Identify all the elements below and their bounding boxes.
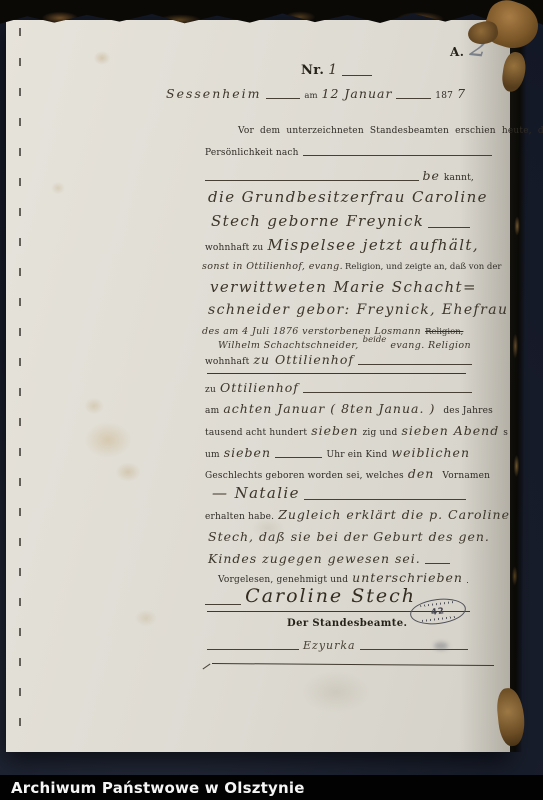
- officer-title-line: Der Standesbeamte.: [287, 618, 407, 629]
- printed-text: des Jahres: [443, 406, 493, 416]
- handwriting-child-name: — Natalie: [212, 484, 300, 502]
- form-line-intro-3: be kannt,: [205, 168, 474, 183]
- printed-text: Geschlechts geboren worden sei, welches: [205, 471, 404, 481]
- form-line-child-name: — Natalie: [212, 484, 466, 502]
- form-line-declarant-6: schneider gebor: Freynick, Ehefrau: [208, 302, 508, 318]
- registry-page: A. 2 Nr. 1 Sessenheim am 12 Januar 187 7…: [6, 20, 510, 752]
- blank-rule: [396, 97, 431, 99]
- handwriting: weiblichen: [391, 445, 470, 460]
- handwriting: achten Januar ( 8ten Janua. ): [223, 401, 435, 416]
- handwriting: evang. Religion: [390, 340, 471, 351]
- handwriting: schneider gebor: Freynick, Ehefrau: [208, 302, 508, 318]
- form-line-declarant-1: die Grundbesitzerfrau Caroline: [208, 188, 488, 206]
- blank-rule: [467, 581, 468, 583]
- handwriting: sieben: [224, 445, 271, 460]
- series-label: A.: [450, 45, 464, 59]
- form-line-declarant-5: verwittweten Marie Schacht=: [210, 278, 477, 296]
- nr-label: Nr.: [301, 63, 324, 78]
- handwriting: Stech, daß sie bei der Geburt des gen.: [208, 529, 490, 544]
- handwriting: Kindes zugegen gewesen sei.: [208, 551, 421, 566]
- officer-title: Der Standesbeamte.: [287, 618, 407, 629]
- printed-text-struck: Religion,: [425, 327, 463, 337]
- blank-rule: [342, 74, 372, 76]
- archive-watermark-text: Archiwum Państwowe w Olsztynie: [11, 779, 305, 797]
- form-line-declarant-7: des am 4 Juli 1876 verstorbenen Losmann …: [202, 326, 474, 337]
- blank-rule: [425, 562, 450, 564]
- handwriting: sieben: [311, 423, 358, 438]
- blank-rule: [205, 179, 419, 181]
- form-line-birth-3: tausend acht hundert sieben zig und sieb…: [205, 423, 470, 438]
- blank-rule: [303, 391, 472, 393]
- year-printed: 187: [435, 91, 453, 101]
- handwriting: Mispelsee jetzt aufhält,: [267, 236, 479, 254]
- printed-text: am: [205, 406, 219, 416]
- printed-text: kannt,: [444, 173, 474, 183]
- blank-rule: [360, 648, 468, 650]
- printed-text: Persönlichkeit nach: [205, 148, 299, 158]
- form-line-birth-5: Geschlechts geboren worden sei, welches …: [205, 466, 470, 481]
- handwriting: Wilhelm Schachtschneider,: [218, 340, 359, 351]
- form-line-declarant-8: Wilhelm Schachtschneider, beide evang. R…: [218, 340, 470, 351]
- printed-text: zu: [205, 385, 216, 395]
- dateline: Sessenheim am 12 Januar 187 7: [166, 86, 466, 101]
- printed-text: tausend acht hundert: [205, 428, 307, 438]
- form-line-intro-2: Persönlichkeit nach: [205, 148, 492, 158]
- printed-text: Vornamen: [442, 471, 490, 481]
- handwriting: unterschrieben: [352, 570, 463, 585]
- officer-signature: Ezyurka: [303, 639, 356, 652]
- printed-text: wohnhaft zu: [205, 243, 263, 253]
- form-line-closing-4: Vorgelesen, genehmigt und unterschrieben: [218, 570, 468, 585]
- printed-text: erhalten habe.: [205, 512, 274, 522]
- record-number-line: Nr. 1: [301, 62, 386, 78]
- handwriting: des am 4 Juli 1876 verstorbenen Losmann: [202, 326, 421, 337]
- registry-date: 12 Januar: [322, 86, 393, 101]
- blank-rule: [207, 648, 299, 650]
- handwriting: verwittweten Marie Schacht=: [210, 278, 477, 296]
- form-line-birth-4: um sieben Uhr ein Kind weiblichen: [205, 445, 470, 460]
- handwriting: die Grundbesitzerfrau Caroline: [208, 188, 488, 206]
- blank-rule: [303, 154, 492, 156]
- archive-watermark-bar: Archiwum Państwowe w Olsztynie: [0, 775, 543, 800]
- form-line-closing-3: Kindes zugegen gewesen sei.: [208, 551, 450, 566]
- handwriting: Ottilienhof: [220, 380, 299, 395]
- printed-text: um: [205, 450, 220, 460]
- nr-value: 1: [328, 62, 338, 78]
- form-line-birth-1: zu Ottilienhof: [205, 380, 472, 395]
- section-divider-rule: [207, 372, 466, 374]
- archival-scan-viewport: A. 2 Nr. 1 Sessenheim am 12 Januar 187 7…: [0, 0, 543, 800]
- printed-text: Vor dem unterzeichneten Standesbeamten e…: [238, 126, 543, 136]
- form-line-intro-1: Vor dem unterzeichneten Standesbeamten e…: [238, 126, 484, 136]
- handwriting: sonst in Ottilienhof, evang.: [202, 261, 343, 272]
- declarant-signature: Caroline Stech: [245, 585, 416, 607]
- blank-rule: [205, 603, 241, 605]
- form-line-declarant-9: wohnhaft zu Ottilienhof: [205, 352, 472, 367]
- year-digit: 7: [457, 86, 466, 101]
- pencil-smudge: [434, 642, 448, 650]
- handwriting: Stech geborne Freynick: [211, 212, 424, 230]
- blank-rule: [275, 456, 322, 458]
- blank-rule: [428, 226, 470, 228]
- printed-text: zig und: [362, 428, 397, 438]
- blank-rule: [266, 97, 301, 99]
- printed-text: Vorgelesen, genehmigt und: [218, 575, 348, 585]
- form-line-declarant-4: sonst in Ottilienhof, evang. Religion, u…: [202, 261, 474, 272]
- form-line-declarant-2: Stech geborne Freynick: [211, 212, 470, 230]
- handwriting: zu Ottilienhof: [253, 352, 354, 367]
- handwriting: be: [423, 168, 440, 183]
- stamp-number: 42: [431, 606, 446, 618]
- form-line-birth-2: am achten Januar ( 8ten Janua. ) des Jah…: [205, 401, 472, 416]
- printed-text: Uhr ein Kind: [326, 450, 387, 460]
- printed-text: wohnhaft: [205, 357, 249, 367]
- am-label: am: [304, 91, 317, 101]
- form-line-closing-1: erhalten habe. Zugleich erklärt die p. C…: [205, 507, 510, 522]
- form-line-closing-2: Stech, daß sie bei der Geburt des gen.: [208, 529, 490, 544]
- handwriting: sieben Abend: [401, 423, 499, 438]
- printed-text: Religion, und zeigte an, daß von der: [345, 262, 501, 272]
- blank-rule: [358, 363, 472, 365]
- handwriting-insertion: beide: [363, 335, 387, 345]
- stray-pen-tick: [203, 664, 211, 670]
- page-gutter-crease: [19, 28, 21, 742]
- officer-signature-line: Ezyurka: [207, 639, 468, 652]
- handwriting: Zugleich erklärt die p. Caroline: [278, 507, 510, 522]
- blank-rule: [304, 498, 466, 500]
- bottom-rule: [212, 662, 494, 666]
- declarant-signature-line: Caroline Stech: [205, 585, 420, 607]
- registry-place: Sessenheim: [166, 86, 262, 101]
- form-line-declarant-3: wohnhaft zu Mispelsee jetzt aufhält,: [205, 236, 479, 254]
- printed-text: s: [503, 428, 508, 438]
- handwriting: den: [408, 466, 434, 481]
